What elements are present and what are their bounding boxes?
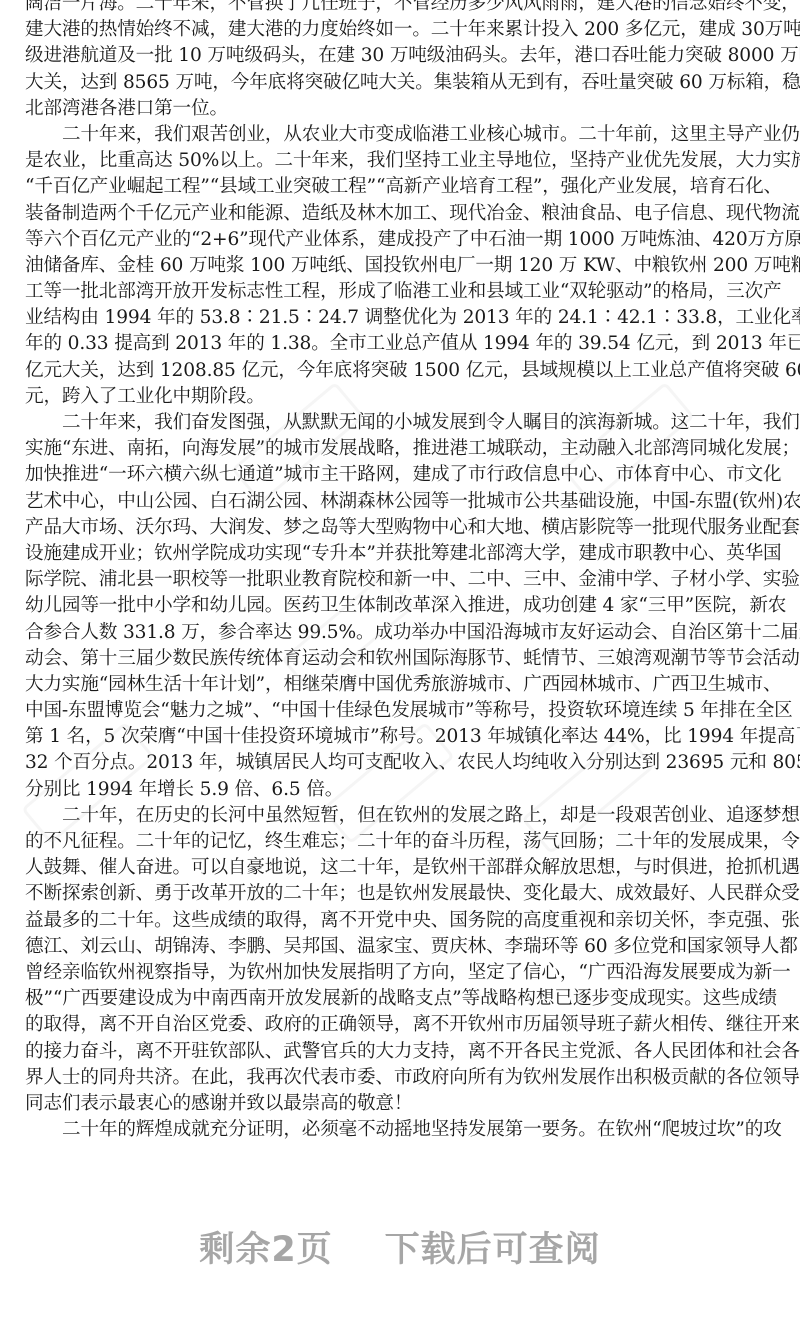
text-line: 加快推进“一环六横六纵七通道”城市主干路网，建成了市行政信息中心、市体育中心、市… — [0, 462, 777, 488]
text-line: 阔洁一片海。二十年来，不管换了几任班子，不管经历多少风风雨雨，建大港的信念始终不… — [0, 0, 777, 17]
text-line: 是农业，比重高达 50%以上。二十年来，我们坚持工业主导地位，坚持产业优先发展，… — [0, 148, 777, 174]
text-line: 北部湾港各港口第一位。 — [0, 96, 777, 122]
paragraph: 二十年，在历史的长河中虽然短暂，但在钦州的发展之路上，却是一段艰苦创业、追逐梦想… — [0, 803, 800, 1117]
text-line: 工等一批北部湾开放开发标志性工程，形成了临港工业和县域工业“双轮驱动”的格局，三… — [0, 279, 777, 305]
text-line: 产品大市场、沃尔玛、大润发、梦之岛等大型购物中心和大地、横店影院等一批现代服务业… — [0, 515, 777, 541]
text-line: 装备制造两个千亿元产业和能源、造纸及林木加工、现代冶金、粮油食品、电子信息、现代… — [0, 201, 777, 227]
text-line: 建大港的热情始终不减，建大港的力度始终如一。二十年来累计投入 200 多亿元，建… — [0, 17, 777, 43]
text-line: 幼儿园等一批中小学和幼儿园。医药卫生体制改革深入推进，成功创建 4 家“三甲”医… — [0, 593, 777, 619]
text-line: 等六个百亿元产业的“2+6”现代产业体系，建成投产了中石油一期 1000 万吨炼… — [0, 227, 777, 253]
text-line: 德江、刘云山、胡锦涛、李鹏、吴邦国、温家宝、贾庆林、李瑞环等 60 多位党和国家… — [0, 934, 777, 960]
text-line: 级进港航道及一批 10 万吨级码头，在建 30 万吨级油码头。去年，港口吞吐能力… — [0, 43, 777, 69]
paragraph: 二十年来，我们奋发图强，从默默无闻的小城发展到令人瞩目的滨海新城。这二十年，我们… — [0, 410, 800, 803]
text-line: 的接力奋斗，离不开驻钦部队、武警官兵的大力支持，离不开各民主党派、各人民团体和社… — [0, 1039, 777, 1065]
text-line: 的取得，离不开自治区党委、政府的正确领导，离不开钦州市历届领导班子薪火相传、继往… — [0, 1012, 777, 1038]
text-line: 业结构由 1994 年的 53.8∶21.5∶24.7 调整优化为 2013 年… — [0, 305, 777, 331]
text-line: 的不凡征程。二十年的记忆，终生难忘；二十年的奋斗历程，荡气回肠；二十年的发展成果… — [0, 829, 777, 855]
text-line: “千百亿产业崛起工程”“县域工业突破工程”“高新产业培育工程”，强化产业发展，培… — [0, 174, 777, 200]
text-line: 界人士的同舟共济。在此，我再次代表市委、市政府向所有为钦州发展作出积极贡献的各位… — [0, 1065, 777, 1091]
text-line: 大力实施“园林生活十年计划”，相继荣膺中国优秀旅游城市、广西园林城市、广西卫生城… — [0, 672, 777, 698]
text-line: 同志们表示最衷心的感谢并致以最崇高的敬意！ — [0, 1091, 777, 1117]
text-line: 曾经亲临钦州视察指导，为钦州加快发展指明了方向，坚定了信心，“广西沿海发展要成为… — [0, 960, 777, 986]
text-line: 艺术中心，中山公园、白石湖公园、林湖森林公园等一批城市公共基础设施，中国-东盟(… — [0, 489, 777, 515]
text-line: 际学院、浦北县一职校等一批职业教育院校和新一中、二中、三中、金浦中学、子材小学、… — [0, 567, 777, 593]
text-line: 二十年的辉煌成就充分证明，必须毫不动摇地坚持发展第一要务。在钦州“爬坡过坎”的攻 — [0, 1117, 777, 1143]
text-line: 设施建成开业；钦州学院成功实现“专升本”并获批筹建北部湾大学，建成市职教中心、英… — [0, 541, 777, 567]
text-line: 中国-东盟博览会“魅力之城”、“中国十佳绿色发展城市”等称号，投资软环境连续 5… — [0, 698, 777, 724]
text-line: 二十年，在历史的长河中虽然短暂，但在钦州的发展之路上，却是一段艰苦创业、追逐梦想 — [0, 803, 777, 829]
document-page: 阔洁一片海。二十年来，不管换了几任班子，不管经历多少风风雨雨，建大港的信念始终不… — [0, 0, 800, 1143]
text-line: 人鼓舞、催人奋进。可以自豪地说，这二十年，是钦州干部群众解放思想，与时俱进，抢抓… — [0, 855, 777, 881]
text-line: 年的 0.33 提高到 2013 年的 1.38。全市工业总产值从 1994 年… — [0, 331, 777, 357]
remaining-pages-label: 剩余2页 — [199, 1230, 332, 1270]
text-line: 实施“东进、南拓，向海发展”的城市发展战略，推进港工城联动，主动融入北部湾同城化… — [0, 436, 777, 462]
text-line: 二十年来，我们奋发图强，从默默无闻的小城发展到令人瞩目的滨海新城。这二十年，我们 — [0, 410, 777, 436]
paragraph: 二十年来，我们艰苦创业，从农业大市变成临港工业核心城市。二十年前，这里主导产业仍… — [0, 122, 800, 410]
text-line: 油储备库、金桂 60 万吨浆 100 万吨纸、国投钦州电厂一期 120 万 KW… — [0, 253, 777, 279]
text-line: 合参合人数 331.8 万，参合率达 99.5%。成功举办中国沿海城市友好运动会… — [0, 620, 777, 646]
text-line: 元，跨入了工业化中期阶段。 — [0, 384, 777, 410]
paragraph: 阔洁一片海。二十年来，不管换了几任班子，不管经历多少风风雨雨，建大港的信念始终不… — [0, 0, 800, 122]
text-line: 不断探索创新、勇于改革开放的二十年；也是钦州发展最快、变化最大、成效最好、人民群… — [0, 881, 777, 907]
text-line: 32 个百分点。2013 年，城镇居民人均可支配收入、农民人均纯收入分别达到 2… — [0, 750, 777, 776]
text-line: 二十年来，我们艰苦创业，从农业大市变成临港工业核心城市。二十年前，这里主导产业仍 — [0, 122, 777, 148]
text-line: 益最多的二十年。这些成绩的取得，离不开党中央、国务院的高度重视和亲切关怀，李克强… — [0, 908, 777, 934]
text-line: 第 1 名，5 次荣膺“中国十佳投资环境城市”称号。2013 年城镇化率达 44… — [0, 724, 777, 750]
text-line: 分别比 1994 年增长 5.9 倍、6.5 倍。 — [0, 777, 777, 803]
text-line: 动会、第十三届少数民族传统体育运动会和钦州国际海豚节、蚝情节、三娘湾观潮节等节会… — [0, 646, 777, 672]
paragraph: 二十年的辉煌成就充分证明，必须毫不动摇地坚持发展第一要务。在钦州“爬坡过坎”的攻 — [0, 1117, 800, 1143]
download-prompt-label: 下载后可查阅 — [385, 1230, 601, 1270]
text-line: 大关，达到 8565 万吨，今年底将突破亿吨大关。集装箱从无到有，吞吐量突破 6… — [0, 70, 777, 96]
download-to-read-banner[interactable]: 剩余2页下载后可查阅 — [0, 1222, 800, 1272]
text-line: 亿元大关，达到 1208.85 亿元，今年底将突破 1500 亿元，县域规模以上… — [0, 358, 777, 384]
text-line: 极”“广西要建设成为中南西南开放发展新的战略支点”等战略构想已逐步变成现实。这些… — [0, 986, 777, 1012]
